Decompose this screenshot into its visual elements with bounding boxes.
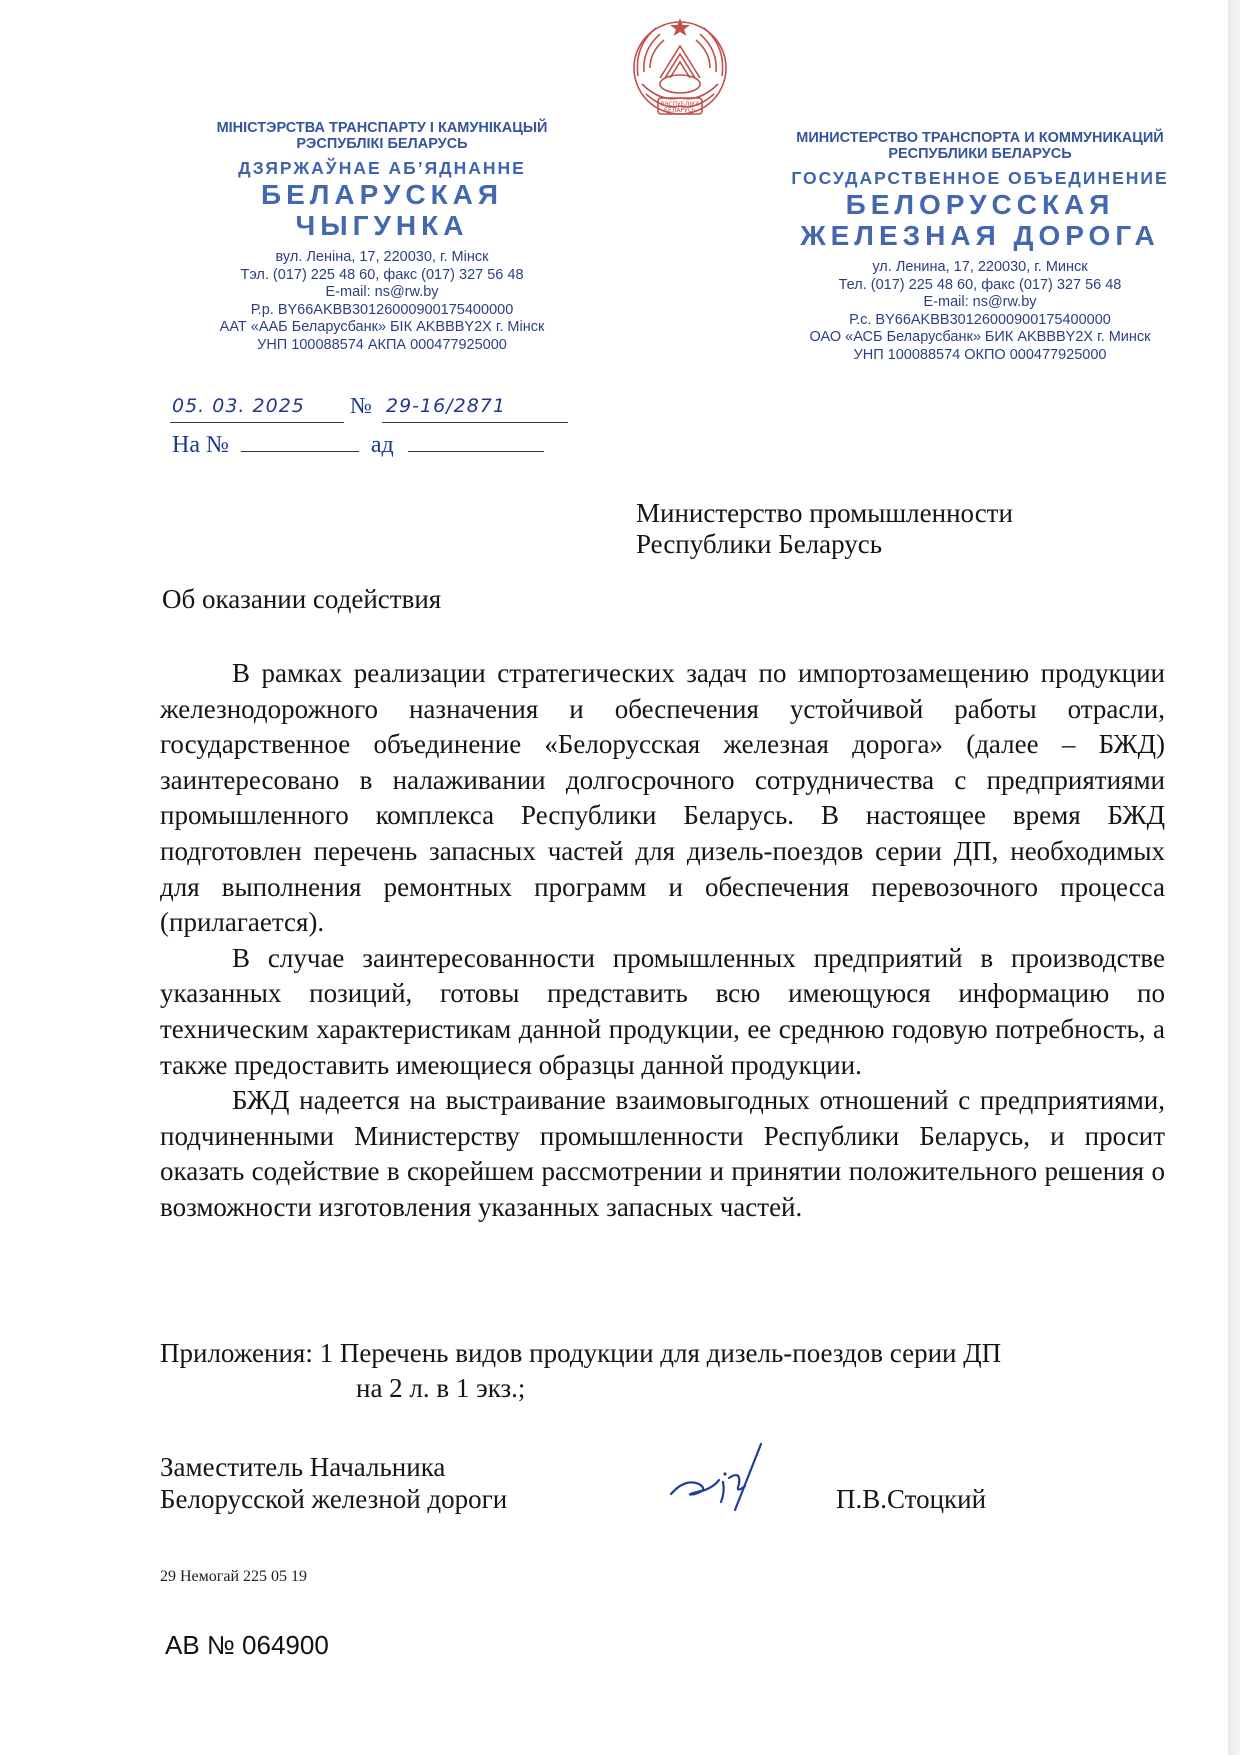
registration-date: 05. 03. 2025 [172,395,305,417]
registration-line: 05. 03. 2025 № 29-16/2871 [170,393,568,423]
attachments-line1: Приложения: 1 Перечень видов продукции д… [160,1336,1165,1371]
ministry-line2: РЭСПУБЛІКІ БЕЛАРУСЬ [172,136,592,152]
subject: Об оказании содействия [162,584,441,615]
body-paragraph: БЖД надеется на выстраивание взаимовыгод… [160,1083,1165,1225]
addressee-line2: Республики Беларусь [636,529,1013,560]
ministry-line2: РЕСПУБЛИКИ БЕЛАРУСЬ [760,146,1200,162]
form-serial-number: АВ № 064900 [165,1630,329,1661]
executor-info: 29 Немогай 225 05 19 [160,1568,307,1586]
org-name-line2: ЧЫГУНКА [172,210,592,241]
attachments-line2: на 2 л. в 1 экз.; [160,1371,1165,1406]
signatory-name: П.В.Стоцкий [836,1484,986,1515]
phone: Тэл. (017) 225 48 60, факс (017) 327 56 … [172,267,592,285]
position-line1: Заместитель Начальника [160,1451,507,1483]
reply-from-label: ад [371,432,394,458]
letter-body: В рамках реализации стратегических задач… [160,656,1165,1226]
addressee-line1: Министерство промышленности [636,498,1013,529]
reply-date-blank [408,433,544,452]
reply-label: На № [172,432,229,458]
ministry-line1: МІНІСТЭРСТВА ТРАНСПАРТУ І КАМУНІКАЦЫЙ [172,120,592,136]
body-paragraph: В случае заинтересованности промышленных… [160,941,1165,1083]
attachments: Приложения: 1 Перечень видов продукции д… [160,1336,1165,1406]
number-sign: № [350,393,372,419]
org-type: ДЗЯРЖАЎНАЕ АБ’ЯДНАННЕ [172,158,592,179]
registration-number: 29-16/2871 [386,395,506,417]
date-underline [170,422,344,423]
ministry-line1: МИНИСТЕРСТВО ТРАНСПОРТА И КОММУНИКАЦИЙ [760,130,1200,146]
body-paragraph: В рамках реализации стратегических задач… [160,656,1165,941]
bank-name: ОАО «АСБ Беларусбанк» БИК AKBBBY2X г. Ми… [760,329,1200,347]
letterhead-belarusian: МІНІСТЭРСТВА ТРАНСПАРТУ І КАМУНІКАЦЫЙ РЭ… [172,120,592,354]
bank-account: Р.с. BY66AKBB30126000900175400000 [760,312,1200,330]
tax-ids: УНП 100088574 ОКПО 000477925000 [760,347,1200,365]
position-line2: Белорусской железной дороги [160,1483,507,1515]
belarus-coat-of-arms-icon: РЭСПУБЛІКА БЕЛАРУСЬ [620,6,740,124]
address: вул. Леніна, 17, 220030, г. Мінск [172,249,592,267]
phone: Тел. (017) 225 48 60, факс (017) 327 56 … [760,277,1200,295]
addressee: Министерство промышленности Республики Б… [636,498,1013,560]
email: E-mail: ns@rw.by [760,294,1200,312]
address: ул. Ленина, 17, 220030, г. Минск [760,259,1200,277]
tax-ids: УНП 100088574 АКПА 000477925000 [172,337,592,355]
org-type: ГОСУДАРСТВЕННОЕ ОБЪЕДИНЕНИЕ [760,168,1200,189]
email: E-mail: ns@rw.by [172,284,592,302]
letterhead-russian: МИНИСТЕРСТВО ТРАНСПОРТА И КОММУНИКАЦИЙ Р… [760,130,1200,364]
page-edge [1228,0,1240,1755]
reply-reference-line: На № ад [172,432,572,459]
number-underline [382,422,568,423]
bank-name: ААТ «ААБ Беларусбанк» БІК AKBBBY2X г. Мі… [172,319,592,337]
org-name-line2: ЖЕЛЕЗНАЯ ДОРОГА [760,220,1200,251]
handwritten-signature-icon [665,1440,795,1520]
emblem-ribbon-line2: БЕЛАРУСЬ [664,107,696,114]
org-name-line1: БЕЛАРУСКАЯ [172,179,592,210]
signatory-position: Заместитель Начальника Белорусской желез… [160,1451,507,1515]
org-name-line1: БЕЛОРУССКАЯ [760,189,1200,220]
reply-number-blank [241,433,359,452]
bank-account: Р.р. BY66AKBB30126000900175400000 [172,302,592,320]
